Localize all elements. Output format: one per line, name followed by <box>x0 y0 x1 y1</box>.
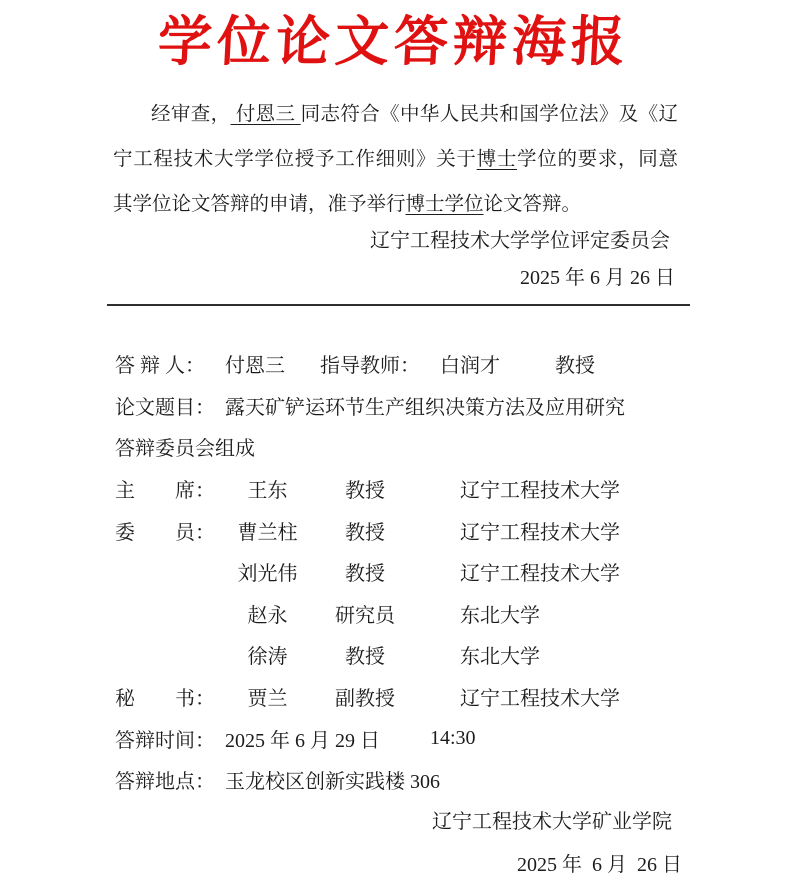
notice-text: 论文答辩。 <box>484 194 582 215</box>
committee-role: 主 席： <box>115 474 225 503</box>
notice-text: 其学位论文答辩的申请，准予举行 <box>113 194 406 215</box>
committee-row: 委 员： 曹兰柱 教授 辽宁工程技术大学 <box>0 509 788 551</box>
committee-role: 委 员： <box>115 516 225 545</box>
committee-role: 秘 书： <box>115 682 225 711</box>
supervisor-name: 白润才 <box>440 349 555 378</box>
defense-time-clock: 14:30 <box>430 727 476 750</box>
defense-time-label: 答辩时间： <box>115 724 225 753</box>
committee-member-affiliation: 辽宁工程技术大学 <box>420 474 620 503</box>
committee-heading-row: 答辩委员会组成 <box>0 426 788 468</box>
candidate-name: 付恩三 <box>225 349 320 378</box>
committee-member-title: 教授 <box>310 474 420 503</box>
committee-member-name: 曹兰柱 <box>225 516 310 545</box>
committee-member-name: 刘光伟 <box>225 557 310 586</box>
notice-text: 宁工程技术大学学位授予工作细则》关于 <box>113 149 477 170</box>
defense-venue-row: 答辩地点： 玉龙校区创新实践楼 306 <box>0 759 788 801</box>
candidate-name-underlined: 付恩三 <box>231 104 301 125</box>
thesis-label: 论文题目： <box>115 391 225 420</box>
degree-type-underlined: 博士学位 <box>406 194 484 215</box>
committee-row: 徐涛 教授 东北大学 <box>0 634 788 676</box>
committee-member-affiliation: 辽宁工程技术大学 <box>420 682 620 711</box>
thesis-row: 论文题目： 露天矿铲运环节生产组织决策方法及应用研究 <box>0 385 788 427</box>
notice-line-1: 经审查， 付恩三 同志符合《中华人民共和国学位法》及《辽 <box>113 92 678 137</box>
candidate-label: 答 辩 人： <box>115 349 225 378</box>
committee-member-title: 教授 <box>310 516 420 545</box>
signature-block: 辽宁工程技术大学学位评定委员会 2025 年 6 月 26 日 <box>0 223 788 297</box>
notice-line-3: 其学位论文答辩的申请，准予举行博士学位论文答辩。 <box>113 182 678 227</box>
committee-member-name: 王东 <box>225 474 310 503</box>
page-title: 学位论文答辩海报 <box>0 6 788 78</box>
committee-member-affiliation: 辽宁工程技术大学 <box>420 516 620 545</box>
signature-organization: 辽宁工程技术大学学位评定委员会 <box>0 223 788 260</box>
committee-member-affiliation: 东北大学 <box>420 640 540 669</box>
thesis-title: 露天矿铲运环节生产组织决策方法及应用研究 <box>225 391 625 420</box>
notice-paragraph: 经审查， 付恩三 同志符合《中华人民共和国学位法》及《辽 宁工程技术大学学位授予… <box>113 92 678 227</box>
footer-block: 辽宁工程技术大学矿业学院 2025 年 6 月 26 日 <box>0 801 788 883</box>
notice-text: 同志符合《中华人民共和国学位法》及《辽 <box>301 104 678 125</box>
poster-page: 学位论文答辩海报 经审查， 付恩三 同志符合《中华人民共和国学位法》及《辽 宁工… <box>0 0 788 883</box>
committee-member-name: 贾兰 <box>225 682 310 711</box>
committee-heading: 答辩委员会组成 <box>115 432 255 461</box>
defense-info: 答 辩 人： 付恩三 指导教师： 白润才 教授 论文题目： 露天矿铲运环节生产组… <box>0 343 788 801</box>
defense-time-date: 2025 年 6 月 29 日 <box>225 724 430 753</box>
committee-member-affiliation: 辽宁工程技术大学 <box>420 557 620 586</box>
defense-time-row: 答辩时间： 2025 年 6 月 29 日 14:30 <box>0 717 788 759</box>
degree-level-underlined: 博士 <box>477 149 517 170</box>
committee-member-title: 教授 <box>310 557 420 586</box>
committee-row: 主 席： 王东 教授 辽宁工程技术大学 <box>0 468 788 510</box>
committee-member-name: 赵永 <box>225 599 310 628</box>
defense-venue: 玉龙校区创新实践楼 306 <box>225 765 440 794</box>
defense-venue-label: 答辩地点： <box>115 765 225 794</box>
committee-row: 赵永 研究员 东北大学 <box>0 593 788 635</box>
supervisor-title: 教授 <box>555 349 595 378</box>
footer-date: 2025 年 6 月 26 日 <box>0 843 788 883</box>
supervisor-label: 指导教师： <box>320 349 440 378</box>
committee-member-affiliation: 东北大学 <box>420 599 540 628</box>
footer-organizer: 辽宁工程技术大学矿业学院 <box>0 801 788 843</box>
horizontal-divider <box>107 304 690 306</box>
committee-member-title: 副教授 <box>310 682 420 711</box>
notice-text: 学位的要求，同意 <box>517 149 678 170</box>
defender-row: 答 辩 人： 付恩三 指导教师： 白润才 教授 <box>0 343 788 385</box>
committee-row: 秘 书： 贾兰 副教授 辽宁工程技术大学 <box>0 676 788 718</box>
committee-member-title: 教授 <box>310 640 420 669</box>
notice-line-2: 宁工程技术大学学位授予工作细则》关于博士学位的要求，同意 <box>113 137 678 182</box>
notice-text: 经审查， <box>151 104 231 125</box>
committee-row: 刘光伟 教授 辽宁工程技术大学 <box>0 551 788 593</box>
committee-member-name: 徐涛 <box>225 640 310 669</box>
committee-member-title: 研究员 <box>310 599 420 628</box>
signature-date: 2025 年 6 月 26 日 <box>0 260 788 297</box>
